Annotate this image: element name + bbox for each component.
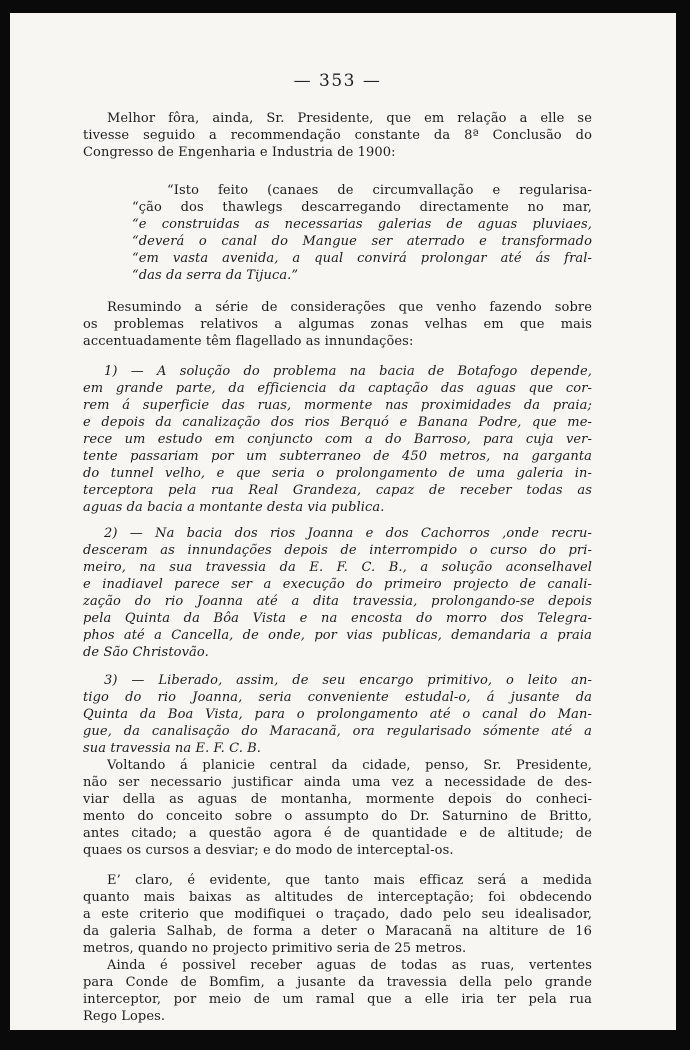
text-line: Melhor fôra, ainda, Sr. Presidente, que …	[83, 110, 592, 127]
text-line: para Conde de Bomfim, a jusante da trave…	[83, 974, 592, 991]
page-number: — 353 —	[83, 71, 592, 91]
para-intro: Melhor fôra, ainda, Sr. Presidente, que …	[83, 110, 592, 161]
text-line: não ser necessario justificar ainda uma …	[83, 774, 592, 791]
item-1: 1) — A solução do problema na bacia de B…	[83, 363, 592, 516]
item-3: 3) — Liberado, assim, de seu encargo pri…	[83, 672, 592, 757]
text-line: rece um estudo em conjuncto com a do Bar…	[83, 431, 592, 448]
para-eclaro: E’ claro, é evidente, que tanto mais eff…	[83, 872, 592, 957]
text-line: sua travessia na E. F. C. B.	[83, 740, 592, 757]
page-text: Melhor fôra, ainda, Sr. Presidente, que …	[83, 110, 592, 1025]
text-line: “deverá o canal do Mangue ser aterrado e…	[132, 233, 592, 250]
text-line: Resumindo a série de considerações que v…	[83, 299, 592, 316]
text-line: phos até a Cancella, de onde, por vias p…	[83, 627, 592, 644]
text-line: a este criterio que modifiquei o traçado…	[83, 906, 592, 923]
document-page: — 353 — Melhor fôra, ainda, Sr. Presiden…	[10, 13, 676, 1030]
text-line: E’ claro, é evidente, que tanto mais eff…	[83, 872, 592, 889]
para-resumindo: Resumindo a série de considerações que v…	[83, 299, 592, 350]
text-line: Ainda é possivel receber aguas de todas …	[83, 957, 592, 974]
text-line: em grande parte, da efficiencia da capta…	[83, 380, 592, 397]
text-line: gue, da canalisação do Maracanã, ora reg…	[83, 723, 592, 740]
text-line: “das da serra da Tijuca.”	[132, 267, 592, 284]
text-line: tigo do rio Joanna, seria conveniente es…	[83, 689, 592, 706]
text-line: zação do rio Joanna até a dita travessia…	[83, 593, 592, 610]
para-ainda: Ainda é possivel receber aguas de todas …	[83, 957, 592, 1025]
text-line: e inadiavel parece ser a execução do pri…	[83, 576, 592, 593]
text-line: 1) — A solução do problema na bacia de B…	[83, 363, 592, 380]
text-line: “em vasta avenida, a qual convirá prolon…	[132, 250, 592, 267]
text-line: accentuadamente têm flagellado as innund…	[83, 333, 592, 350]
text-line: Quinta da Boa Vista, para o prolongament…	[83, 706, 592, 723]
text-line: da galeria Salhab, de forma a deter o Ma…	[83, 923, 592, 940]
item-2: 2) — Na bacia dos rios Joanna e dos Cach…	[83, 525, 592, 661]
text-line: metros, quando no projecto primitivo ser…	[83, 940, 592, 957]
text-line: antes citado; a questão agora é de quant…	[83, 825, 592, 842]
text-line: Voltando á planicie central da cidade, p…	[83, 757, 592, 774]
text-line: tivesse seguido a recommendação constant…	[83, 127, 592, 144]
text-line: Congresso de Engenharia e Industria de 1…	[83, 144, 592, 161]
text-line: de São Christovão.	[83, 644, 592, 661]
text-line: “e construidas as necessarias galerias d…	[132, 216, 592, 233]
text-line: do tunnel velho, e que seria o prolongam…	[83, 465, 592, 482]
quote-block: “Isto feito (canaes de circumvallação e …	[132, 182, 592, 284]
text-line: “Isto feito (canaes de circumvallação e …	[132, 182, 592, 199]
text-line: “ção dos thawlegs descarregando directam…	[132, 199, 592, 216]
text-line: aguas da bacia a montante desta via publ…	[83, 499, 592, 516]
para-voltando: Voltando á planicie central da cidade, p…	[83, 757, 592, 859]
text-line: meiro, na sua travessia da E. F. C. B., …	[83, 559, 592, 576]
text-line: os problemas relativos a algumas zonas v…	[83, 316, 592, 333]
text-line: rem á superficie das ruas, mormente nas …	[83, 397, 592, 414]
text-line: 2) — Na bacia dos rios Joanna e dos Cach…	[83, 525, 592, 542]
text-line: quaes os cursos a desviar; e do modo de …	[83, 842, 592, 859]
text-line: desceram as innundações depois de interr…	[83, 542, 592, 559]
text-line: interceptor, por meio de um ramal que a …	[83, 991, 592, 1008]
text-line: 3) — Liberado, assim, de seu encargo pri…	[83, 672, 592, 689]
text-line: Rego Lopes.	[83, 1008, 592, 1025]
text-line: e depois da canalização dos rios Berquó …	[83, 414, 592, 431]
scan-border: — 353 — Melhor fôra, ainda, Sr. Presiden…	[0, 0, 690, 1050]
text-line: viar della as aguas de montanha, morment…	[83, 791, 592, 808]
text-line: tente passariam por um subterraneo de 45…	[83, 448, 592, 465]
text-line: pela Quinta da Bôa Vista e na encosta do…	[83, 610, 592, 627]
text-line: terceptora pela rua Real Grandeza, capaz…	[83, 482, 592, 499]
text-line: mento do conceito sobre o assumpto do Dr…	[83, 808, 592, 825]
text-line: quanto mais baixas as altitudes de inter…	[83, 889, 592, 906]
